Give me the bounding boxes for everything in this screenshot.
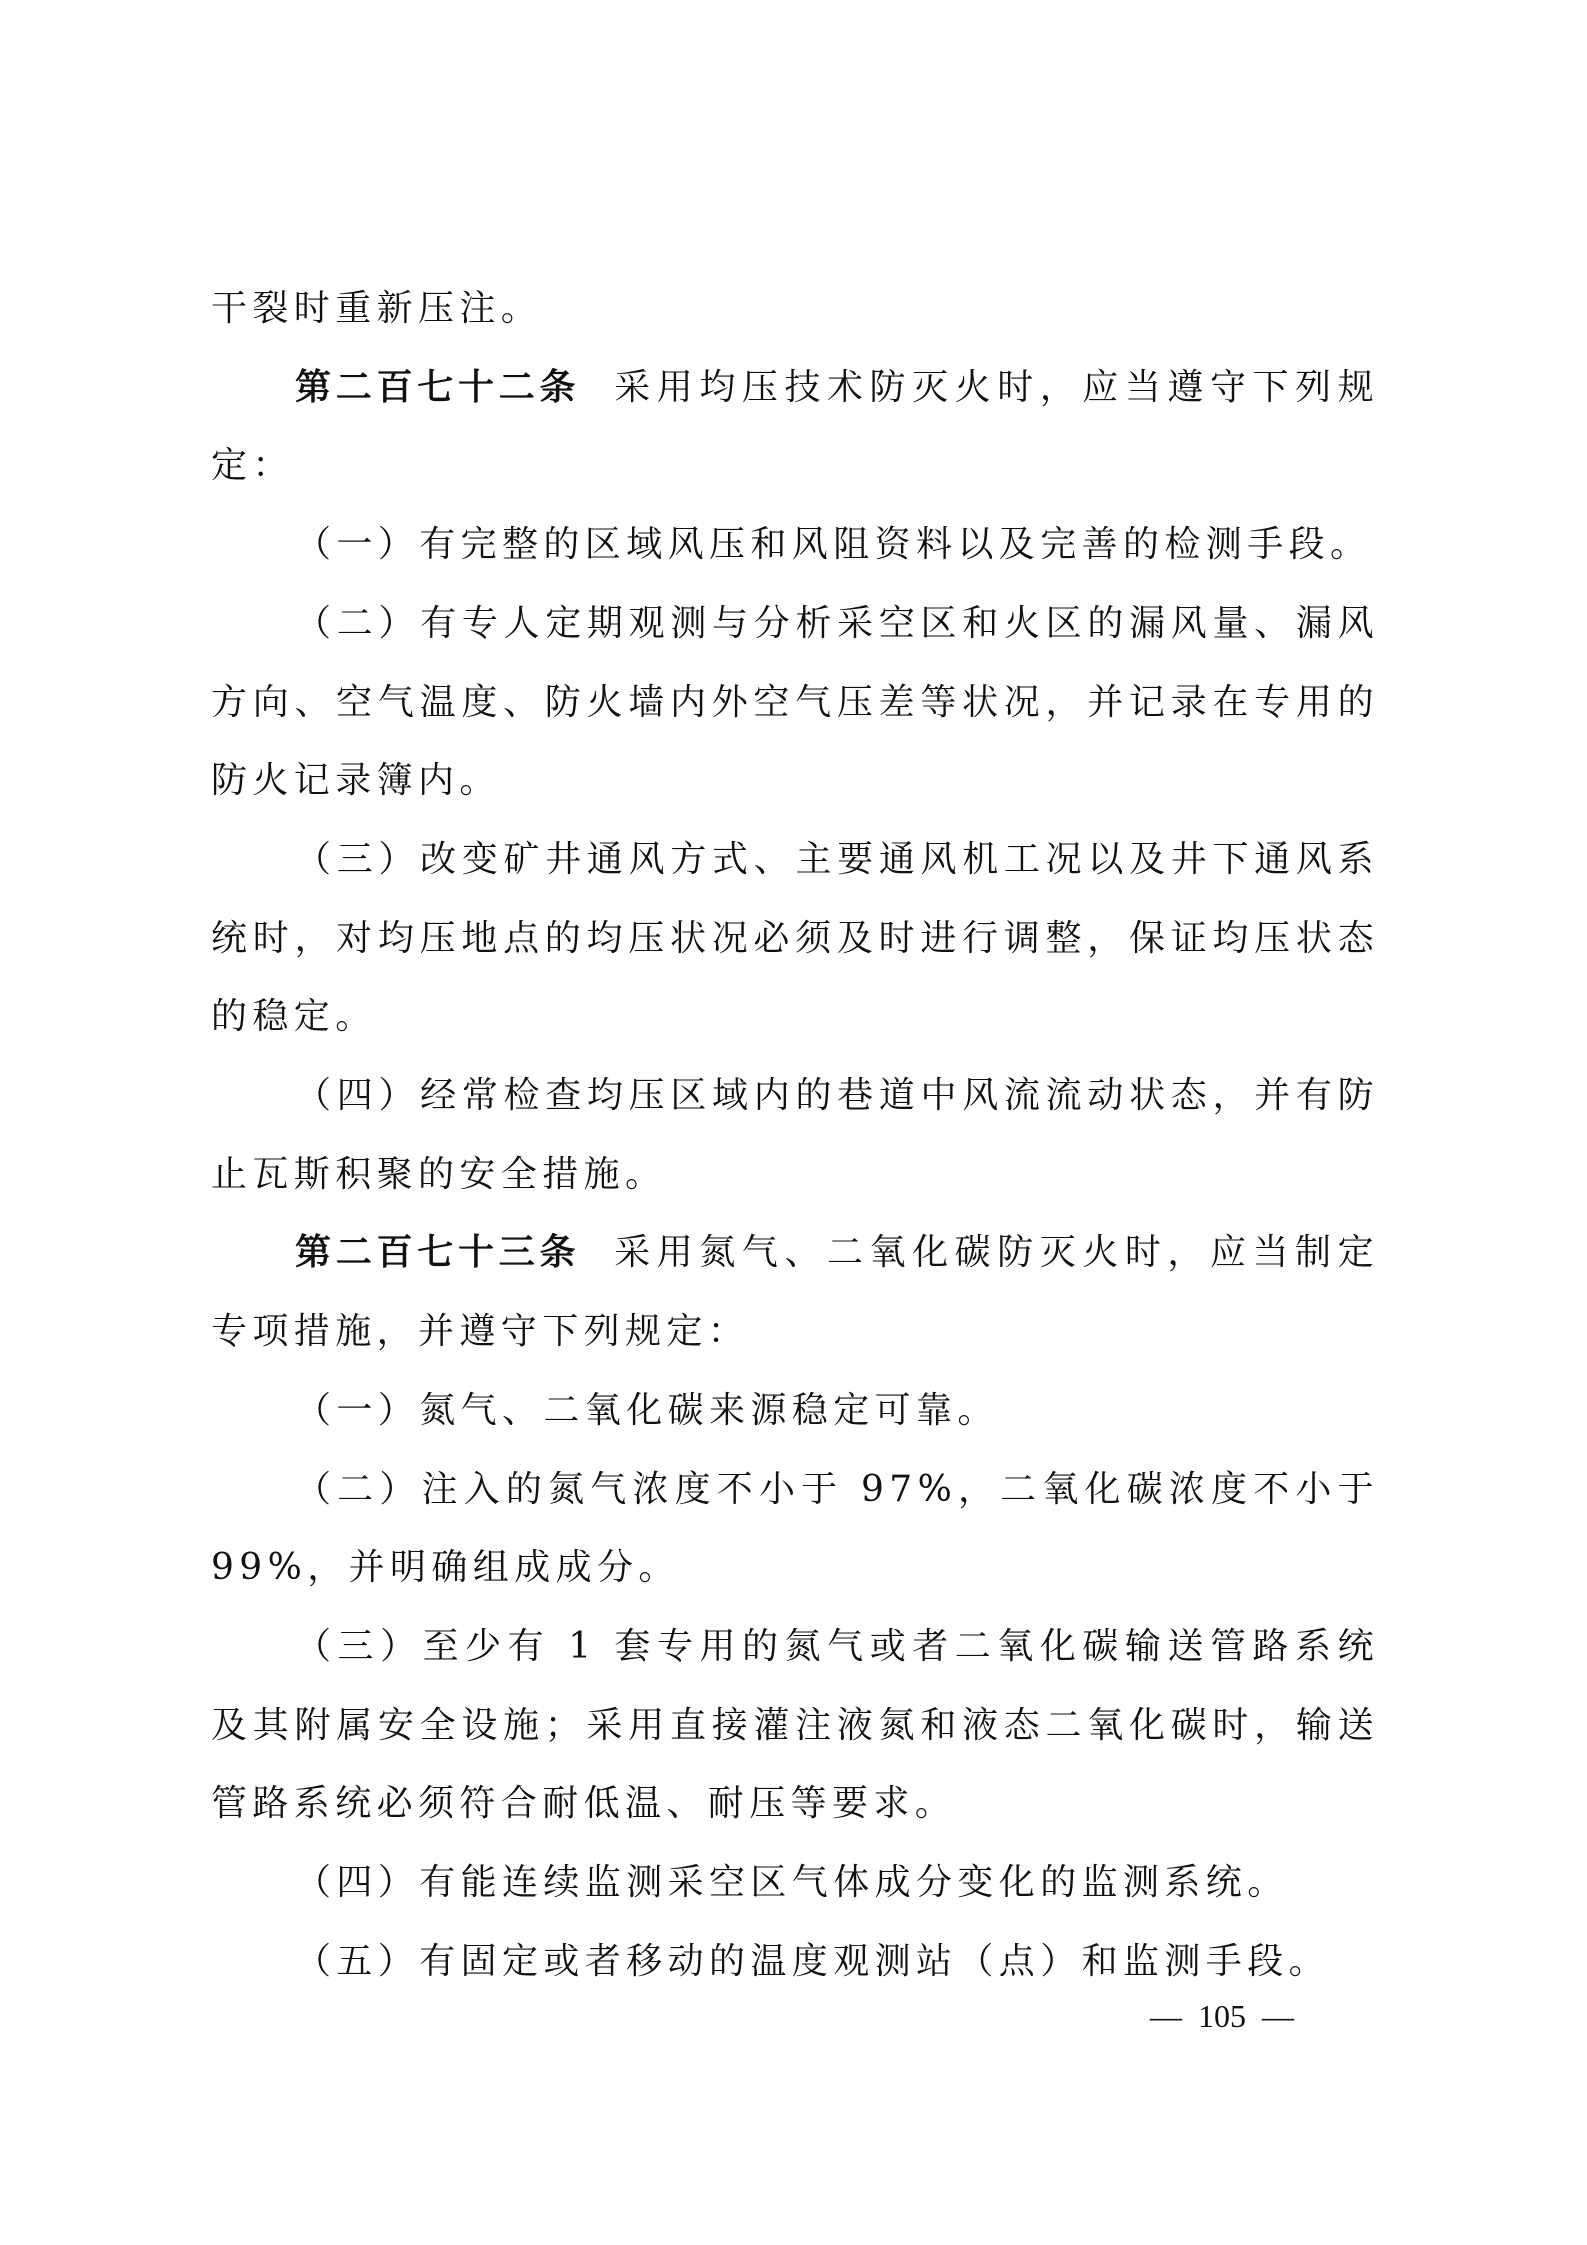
item-272-4: （四）经常检查均压区域内的巷道中风流流动状态，并有防止瓦斯积聚的安全措施。	[211, 1057, 1379, 1214]
page-number: — 105 —	[1150, 1998, 1350, 2035]
article-number: 第二百七十三条	[295, 1232, 580, 1273]
document-page: 干裂时重新压注。 第二百七十二条采用均压技术防灭火时，应当遵守下列规定： （一）…	[0, 0, 1587, 2245]
article-272: 第二百七十二条采用均压技术防灭火时，应当遵守下列规定：	[211, 349, 1379, 506]
item-273-1: （一）氮气、二氧化碳来源稳定可靠。	[211, 1372, 1379, 1451]
item-273-4: （四）有能连续监测采空区气体成分变化的监测系统。	[211, 1844, 1379, 1923]
item-272-3: （三）改变矿井通风方式、主要通风机工况以及井下通风系统时，对均压地点的均压状况必…	[211, 821, 1379, 1057]
body-text: 干裂时重新压注。 第二百七十二条采用均压技术防灭火时，应当遵守下列规定： （一）…	[211, 270, 1379, 2001]
article-273: 第二百七十三条采用氮气、二氧化碳防灭火时，应当制定专项措施，并遵守下列规定：	[211, 1214, 1379, 1371]
paragraph-continuation: 干裂时重新压注。	[211, 270, 1379, 349]
item-272-1: （一）有完整的区域风压和风阻资料以及完善的检测手段。	[211, 506, 1379, 585]
article-number: 第二百七十二条	[295, 367, 580, 408]
item-273-2: （二）注入的氮气浓度不小于 97%，二氧化碳浓度不小于 99%，并明确组成成分。	[211, 1451, 1379, 1608]
item-273-3: （三）至少有 1 套专用的氮气或者二氧化碳输送管路系统及其附属安全设施；采用直接…	[211, 1608, 1379, 1844]
item-273-5: （五）有固定或者移动的温度观测站（点）和监测手段。	[211, 1923, 1379, 2002]
item-272-2: （二）有专人定期观测与分析采空区和火区的漏风量、漏风方向、空气温度、防火墙内外空…	[211, 585, 1379, 821]
